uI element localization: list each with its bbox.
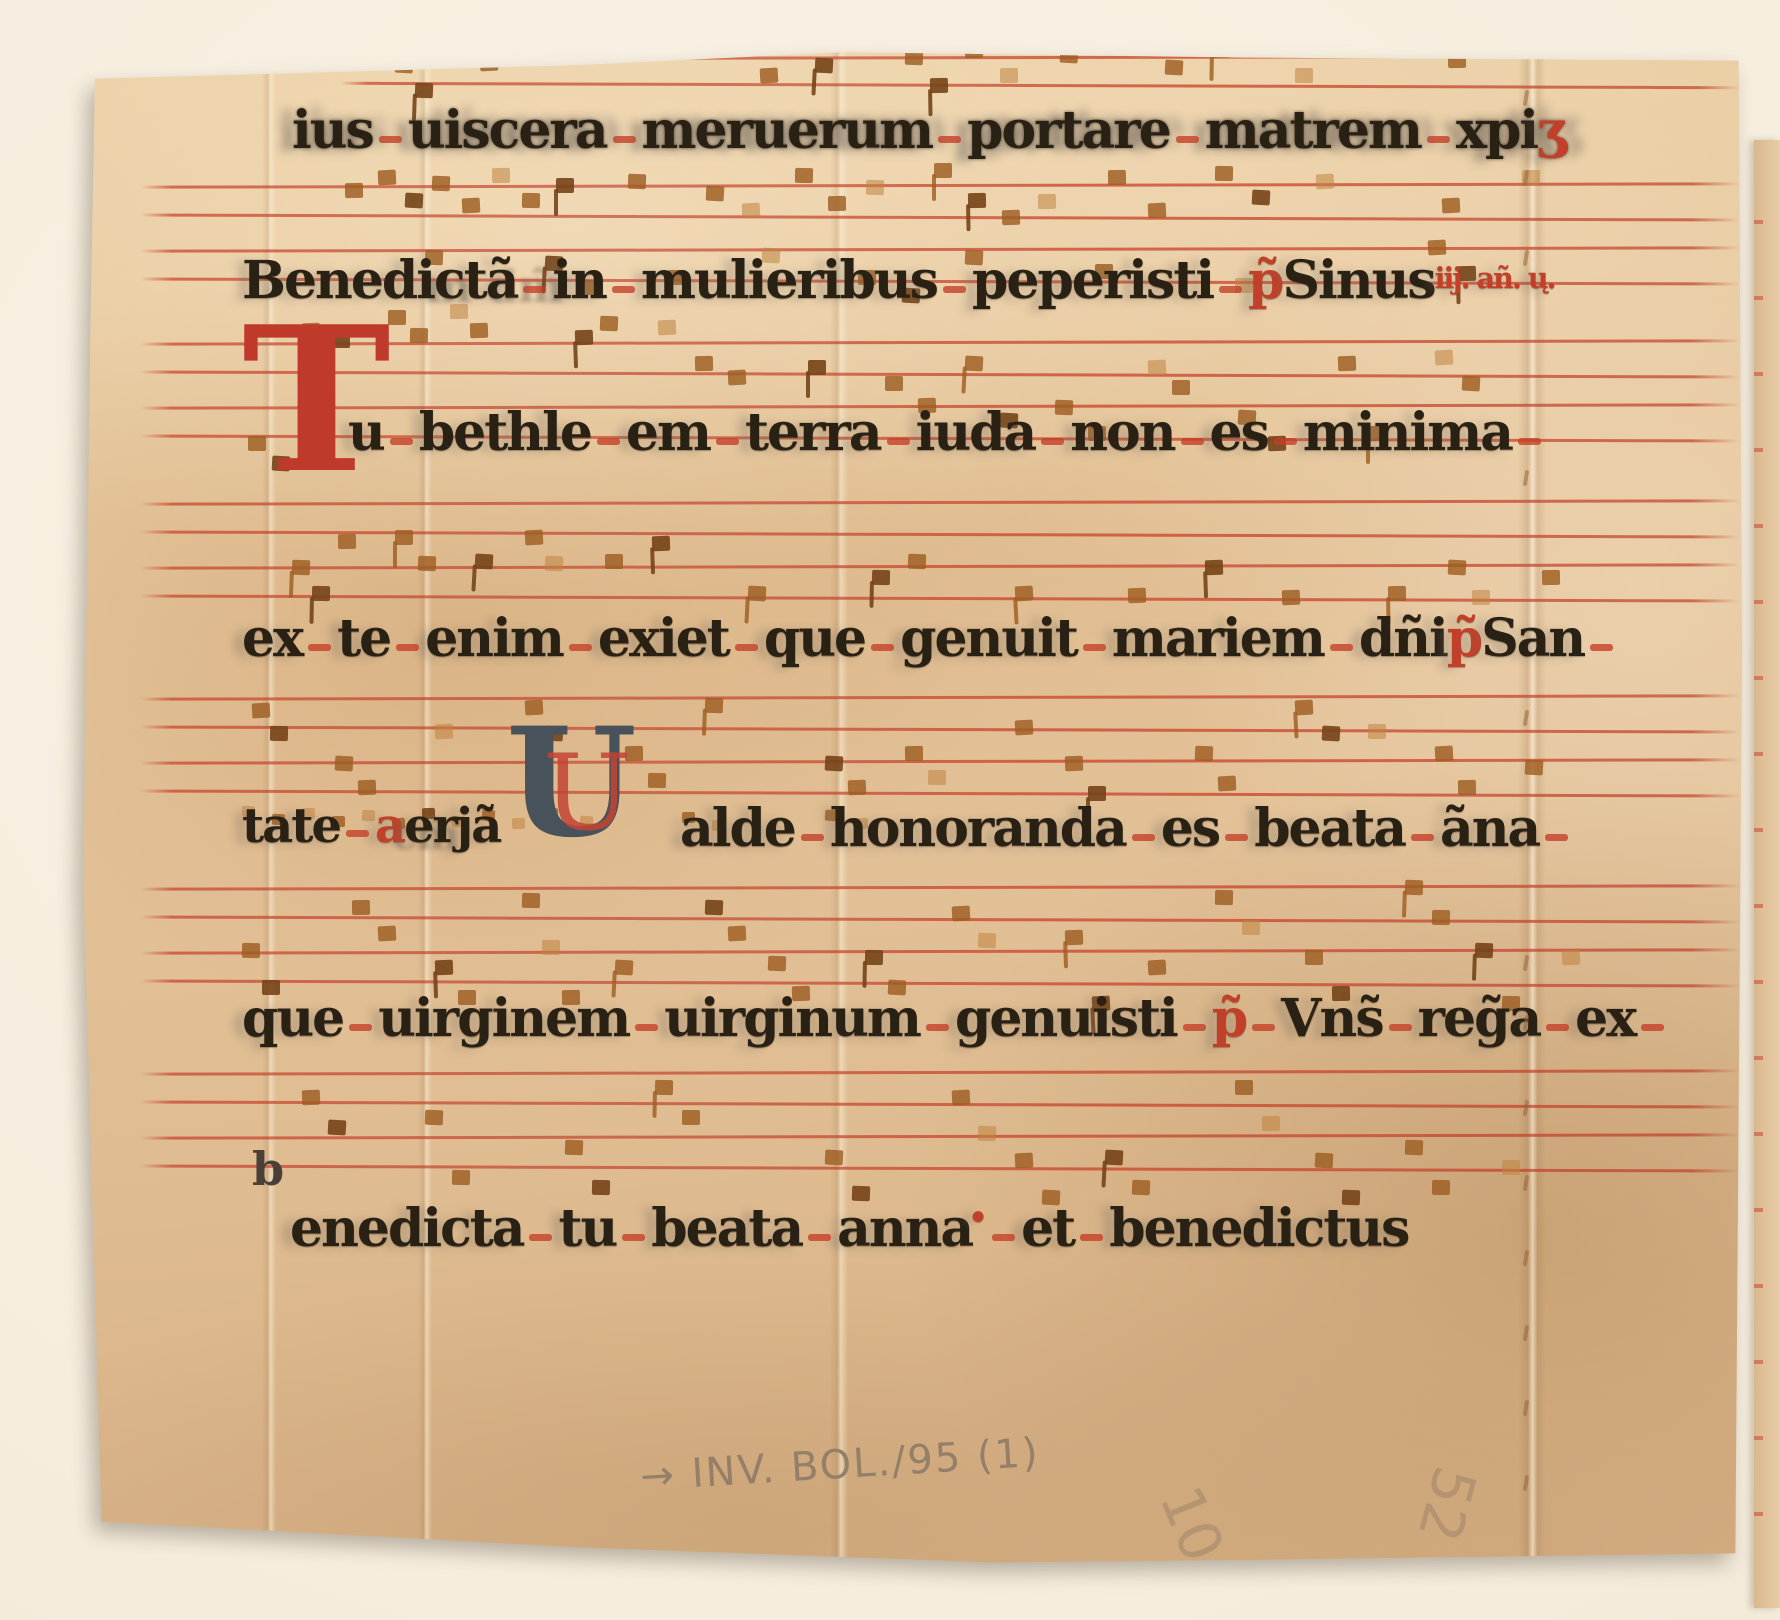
manuscript-leaf-wrap: m dm̃cm̃ iusuiscerameruerumportarematrem… [80, 50, 1742, 1564]
manuscript-leaf: m dm̃cm̃ iusuiscerameruerumportarematrem… [80, 50, 1742, 1564]
neume [700, 43, 718, 58]
adjacent-leaf-edge [1754, 140, 1780, 1608]
neume [1212, 43, 1230, 58]
neume [1130, 43, 1149, 59]
photo-background: m dm̃cm̃ iusuiscerameruerumportarematrem… [0, 0, 1780, 1620]
faint-pencil-mark: 10 [1147, 1477, 1238, 1571]
faint-pencil-mark: 52 [1405, 1460, 1490, 1549]
faint-marks-layer: 1052 [80, 50, 1742, 1564]
